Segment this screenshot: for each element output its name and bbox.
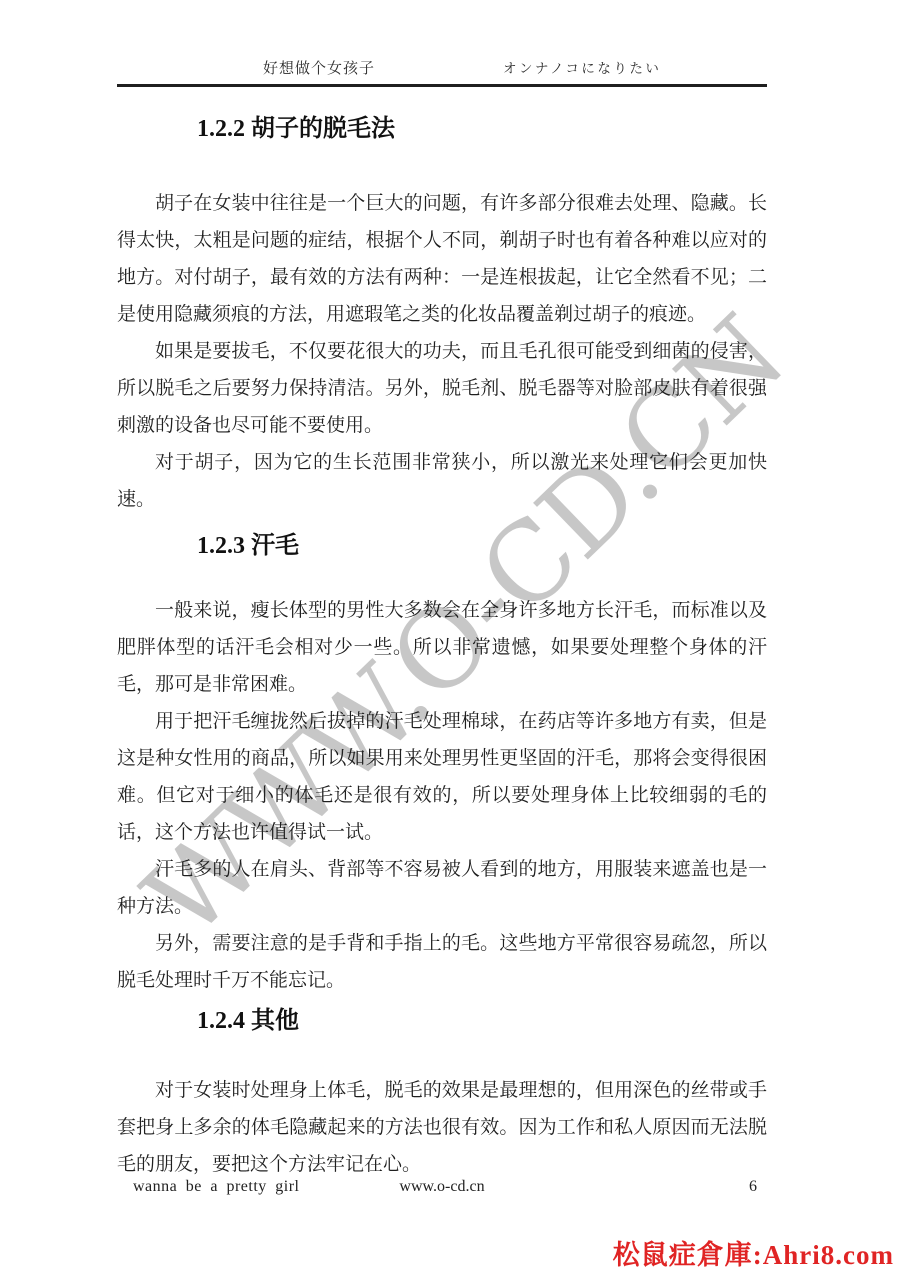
paragraph: 如果是要拔毛，不仅要花很大的功夫，而且毛孔很可能受到细菌的侵害，所以脱毛之后要努… — [117, 333, 767, 444]
document-page: WWW.O-CD.CN 好想做个女孩子 オンナノコになりたい 1.2.2 胡子的… — [0, 0, 900, 1273]
page-header: 好想做个女孩子 オンナノコになりたい — [117, 57, 767, 78]
section-1-2-3: 1.2.3 汗毛 一般来说，瘦长体型的男性大多数会在全身许多地方长汗毛，而标准以… — [117, 532, 767, 999]
header-title-japanese: オンナノコになりたい — [503, 57, 661, 77]
document-body: 1.2.2 胡子的脱毛法 胡子在女装中往往是一个巨大的问题，有许多部分很难去处理… — [117, 115, 767, 1183]
section-1-2-2: 1.2.2 胡子的脱毛法 胡子在女装中往往是一个巨大的问题，有许多部分很难去处理… — [117, 115, 767, 518]
section-heading: 1.2.4 其他 — [197, 1007, 767, 1035]
paragraph: 一般来说，瘦长体型的男性大多数会在全身许多地方长汗毛，而标准以及肥胖体型的话汗毛… — [117, 592, 767, 703]
paragraph: 对于女装时处理身上体毛，脱毛的效果是最理想的，但用深色的丝带或手套把身上多余的体… — [117, 1072, 767, 1183]
section-heading: 1.2.3 汗毛 — [197, 532, 767, 560]
section-heading: 1.2.2 胡子的脱毛法 — [197, 115, 767, 143]
footer-site-url: www.o-cd.cn — [117, 1178, 767, 1196]
paragraph: 用于把汗毛缠拢然后拔掉的汗毛处理棉球，在药店等许多地方有卖，但是这是种女性用的商… — [117, 703, 767, 851]
paragraph: 汗毛多的人在肩头、背部等不容易被人看到的地方，用服装来遮盖也是一种方法。 — [117, 851, 767, 925]
paragraph: 对于胡子，因为它的生长范围非常狭小，所以激光来处理它们会更加快速。 — [117, 444, 767, 518]
paragraph: 胡子在女装中往往是一个巨大的问题，有许多部分很难去处理、隐藏。长得太快，太粗是问… — [117, 185, 767, 333]
footer-page-number: 6 — [749, 1178, 757, 1196]
section-1-2-4: 1.2.4 其他 对于女装时处理身上体毛，脱毛的效果是最理想的，但用深色的丝带或… — [117, 1007, 767, 1183]
header-title-chinese: 好想做个女孩子 — [263, 57, 375, 78]
header-divider — [117, 84, 767, 87]
archive-stamp: 松鼠症倉庫:Ahri8.com — [613, 1233, 894, 1272]
paragraph: 另外，需要注意的是手背和手指上的毛。这些地方平常很容易疏忽，所以脱毛处理时千万不… — [117, 925, 767, 999]
page-footer: wanna be a pretty girl www.o-cd.cn 6 — [117, 1178, 767, 1200]
